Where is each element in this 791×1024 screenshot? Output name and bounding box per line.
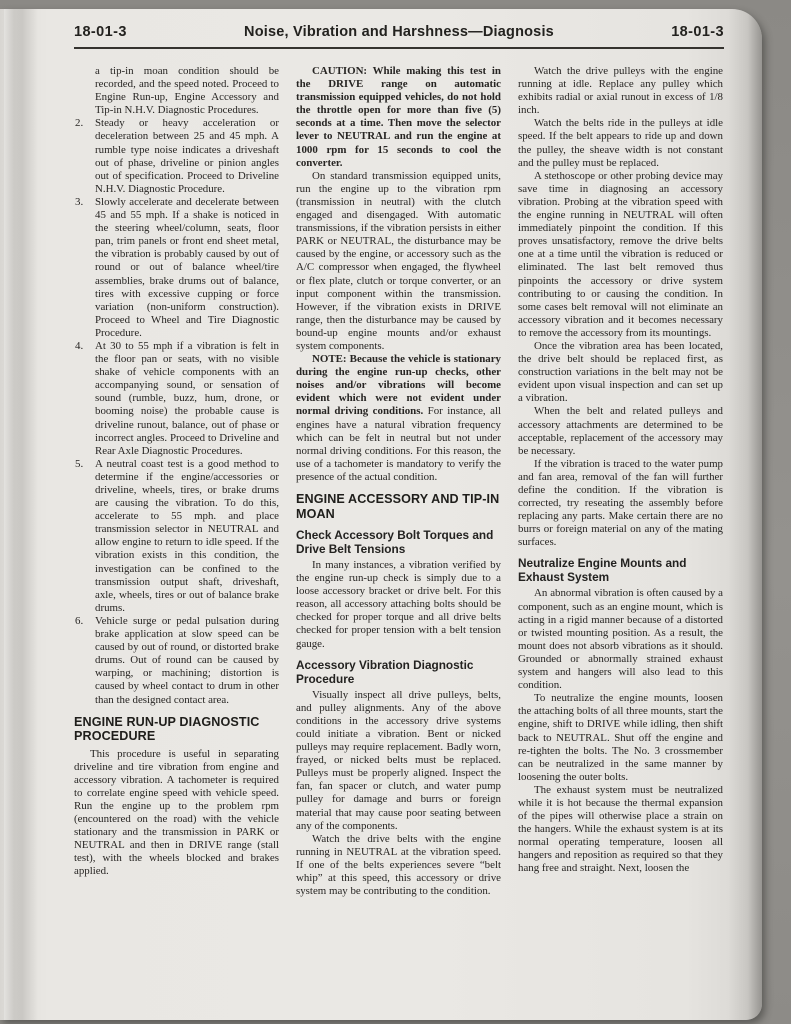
paragraph: To neutralize the engine mounts, loosen … [518,692,723,784]
list-item-4: 4.At 30 to 55 mph if a vibration is felt… [74,340,279,458]
list-item-text: Vehicle surge or pedal pulsation during … [95,615,279,706]
paragraph: An abnormal vibration is often caused by… [518,587,723,692]
sub-heading-accessory-vibration: Accessory Vibration Diagnostic Procedure [296,658,501,686]
list-number: 2. [75,117,83,130]
paragraph: In many instances, a vibration verified … [296,559,501,651]
section-heading-engine-run-up: ENGINE RUN-UP DIAGNOSTIC PROCEDURE [74,715,279,744]
list-number: 3. [75,196,83,209]
list-item-6: 6.Vehicle surge or pedal pulsation durin… [74,615,279,707]
page-number-left: 18-01-3 [74,24,127,40]
paragraph: On standard transmission equipped units,… [296,170,501,353]
list-number: 5. [75,458,83,471]
sub-heading-neutralize-mounts: Neutralize Engine Mounts and Exhaust Sys… [518,556,723,584]
column-3: Watch the drive pulleys with the engine … [518,65,723,1015]
paragraph: If the vibration is traced to the water … [518,458,723,550]
list-item-2: 2.Steady or heavy acceleration or decele… [74,117,279,196]
text-columns: a tip-in moan condition should be record… [74,65,724,1015]
list-item-5: 5.A neutral coast test is a good method … [74,458,279,615]
list-item-text: At 30 to 55 mph if a vibration is felt i… [95,340,279,457]
list-number: 4. [75,340,83,353]
paragraph: Visually inspect all drive pulleys, belt… [296,689,501,833]
page-content: 18-01-3 Noise, Vibration and Harshness—D… [74,24,724,1015]
paragraph: When the belt and related pulleys and ac… [518,405,723,457]
page-number-right: 18-01-3 [671,24,724,40]
paragraph: The exhaust system must be neutralized w… [518,784,723,876]
paragraph: Watch the drive belts with the engine ru… [296,833,501,898]
document-title: Noise, Vibration and Harshness—Diagnosis [244,24,554,40]
page-header: 18-01-3 Noise, Vibration and Harshness—D… [74,24,724,49]
paragraph: Once the vibration area has been located… [518,340,723,405]
paragraph: Watch the drive pulleys with the engine … [518,65,723,117]
paragraph: Watch the belts ride in the pulleys at i… [518,117,723,169]
note-paragraph: NOTE: Because the vehicle is stationary … [296,353,501,484]
list-item-text: Slowly accelerate and decelerate between… [95,196,279,339]
caution-paragraph: CAUTION: While making this test in the D… [296,65,501,170]
list-continuation: a tip-in moan condition should be record… [74,65,279,117]
scanned-page-background: 18-01-3 Noise, Vibration and Harshness—D… [0,0,791,1024]
list-number: 6. [75,615,83,628]
paper-sheet: 18-01-3 Noise, Vibration and Harshness—D… [0,9,762,1020]
sub-heading-check-bolt-torques: Check Accessory Bolt Torques and Drive B… [296,528,501,556]
paragraph: A stethoscope or other probing device ma… [518,170,723,340]
column-1: a tip-in moan condition should be record… [74,65,279,1015]
list-item-text: A neutral coast test is a good method to… [95,458,279,614]
column-2: CAUTION: While making this test in the D… [296,65,501,1015]
paragraph: This procedure is useful in separating d… [74,748,279,879]
list-item-3: 3.Slowly accelerate and decelerate betwe… [74,196,279,340]
section-heading-engine-accessory: ENGINE ACCESSORY AND TIP-IN MOAN [296,492,501,521]
list-item-text: Steady or heavy acceleration or decelera… [95,117,279,194]
